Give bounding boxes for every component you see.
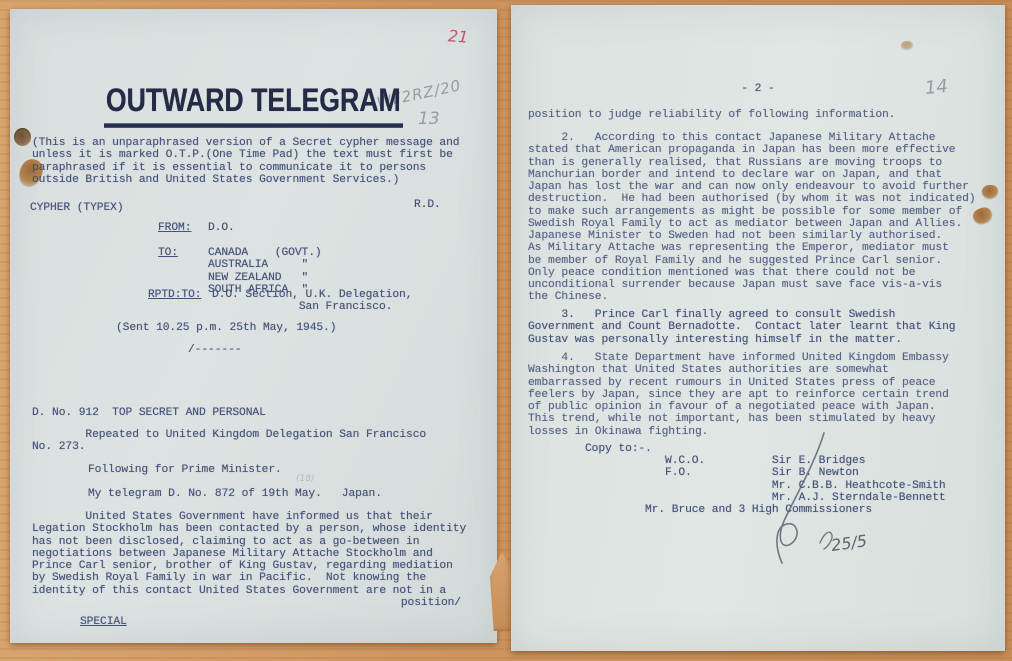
- pencil-number-14: 14: [924, 76, 949, 99]
- signature-date: 25/5: [830, 531, 868, 555]
- copy-to-label: Copy to:-.: [585, 443, 652, 455]
- paragraph-2: 2. According to this contact Japanese Mi…: [528, 132, 976, 304]
- footer-stamp: SPECIAL: [80, 616, 127, 628]
- pencil-faint-note: (18): [296, 474, 314, 484]
- cypher-line: CYPHER (TYPEX): [30, 202, 124, 214]
- paper-smudge: [901, 41, 913, 49]
- separator-dashes: /-------: [188, 344, 241, 356]
- my-telegram-line: My telegram D. No. 872 of 19th May. Japa…: [88, 488, 382, 500]
- punch-hole: [14, 128, 31, 146]
- security-notice: (This is an unparaphrased version of a S…: [32, 137, 459, 186]
- telegram-page-2: - 2 - 14 position to judge reliability o…: [511, 5, 1005, 651]
- addressee-line: Following for Prime Minister.: [88, 464, 282, 476]
- reference-line: D. No. 912 TOP SECRET AND PERSONAL: [32, 407, 266, 419]
- telegram-page-1: 21 WF2RZ/20 13 OUTWARD TELEGRAM (This is…: [10, 9, 497, 643]
- handwritten-signature: 25/5: [736, 425, 866, 575]
- rptd-label: RPTD:TO:: [148, 289, 201, 301]
- from-label: FROM:: [158, 222, 191, 234]
- pencil-number-21: 21: [447, 26, 469, 46]
- telegram-title: OUTWARD TELEGRAM: [10, 83, 497, 123]
- corner-initials: R.D.: [414, 199, 441, 211]
- continuation-line: position to judge reliability of followi…: [528, 109, 895, 121]
- sent-line: (Sent 10.25 p.m. 25th May, 1945.): [116, 322, 336, 334]
- body-paragraph: United States Government have informed u…: [32, 511, 466, 597]
- from-value: D.O.: [208, 222, 235, 234]
- repeated-line: Repeated to United Kingdom Delegation Sa…: [32, 429, 426, 454]
- paragraph-3: 3. Prince Carl finally agreed to consult…: [528, 309, 955, 346]
- catchword: position/: [401, 597, 461, 609]
- to-label: TO:: [158, 247, 178, 259]
- rptd-value: D.O. Section, U.K. Delegation, San Franc…: [212, 289, 412, 314]
- torn-spot: [982, 185, 998, 198]
